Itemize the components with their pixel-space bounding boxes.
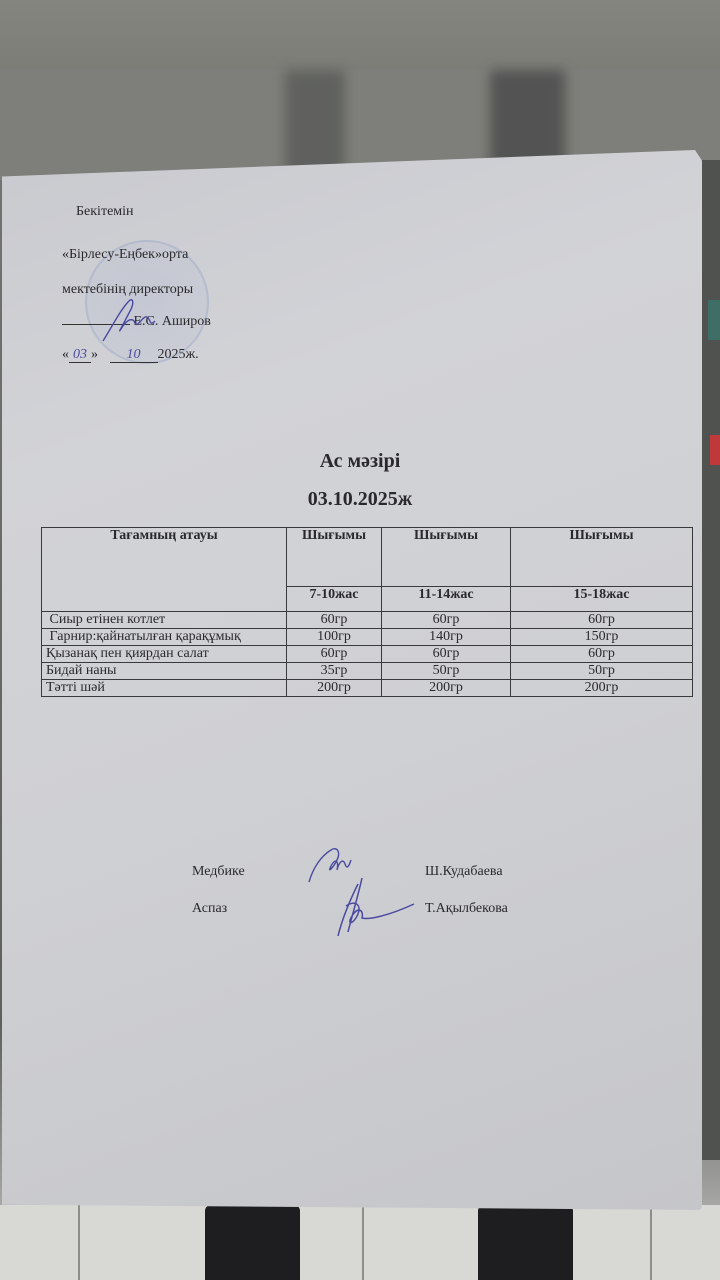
page-title: Ас мәзірі — [0, 450, 720, 473]
portion-value: 200гр — [382, 680, 511, 697]
portion-value: 140гр — [382, 629, 511, 646]
cook-signature-icon — [318, 876, 418, 940]
portion-value: 50гр — [382, 663, 511, 680]
column-header-age: 11-14жас — [382, 587, 511, 612]
portion-value: 60гр — [287, 612, 382, 629]
table-row: Сиыр етінен котлет60гр60гр60гр — [42, 612, 693, 629]
signoff-role-nurse: Медбике — [192, 864, 245, 880]
portion-value: 200гр — [287, 680, 382, 697]
dish-name: Сиыр етінен котлет — [42, 612, 287, 629]
portion-value: 150гр — [511, 629, 693, 646]
signoff-role-cook: Аспаз — [192, 901, 227, 917]
portion-value: 60гр — [287, 646, 382, 663]
portion-value: 60гр — [382, 646, 511, 663]
portion-value: 35гр — [287, 663, 382, 680]
column-header-age: 7-10жас — [287, 587, 382, 612]
portion-value: 50гр — [511, 663, 693, 680]
school-name: «Бірлесу-Еңбек»орта — [62, 248, 188, 262]
dish-name: Қызанақ пен қиярдан салат — [42, 646, 287, 663]
director-signature-icon — [95, 295, 165, 345]
approval-month: 10 — [110, 348, 158, 363]
signoff-name-nurse: Ш.Кудабаева — [425, 864, 503, 880]
portion-value: 60гр — [382, 612, 511, 629]
portion-value: 100гр — [287, 629, 382, 646]
portion-value: 60гр — [511, 612, 693, 629]
portion-value: 200гр — [511, 680, 693, 697]
column-header-portion: Шығымы — [511, 528, 693, 587]
approval-day: 03 — [69, 348, 91, 363]
table-row: Қызанақ пен қиярдан салат60гр60гр60гр — [42, 646, 693, 663]
document: Бекітемін «Бірлесу-Еңбек»орта мектебінің… — [0, 0, 720, 1280]
dish-name: Тәтті шәй — [42, 680, 287, 697]
column-header-dish: Тағамның атауы — [42, 528, 287, 612]
signoff-name-cook: Т.Ақылбекова — [425, 901, 508, 917]
table-row: Тәтті шәй200гр200гр200гр — [42, 680, 693, 697]
quote-close: » — [91, 347, 98, 362]
approval-year: 2025ж. — [158, 347, 199, 362]
dish-name: Гарнир:қайнатылған қарақұмық — [42, 629, 287, 646]
dish-name: Бидай наны — [42, 663, 287, 680]
column-header-portion: Шығымы — [287, 528, 382, 587]
portion-value: 60гр — [511, 646, 693, 663]
menu-table: Тағамның атауы Шығымы Шығымы Шығымы 7-10… — [41, 527, 693, 697]
column-header-age: 15-18жас — [511, 587, 693, 612]
table-row: Гарнир:қайнатылған қарақұмық100гр140гр15… — [42, 629, 693, 646]
approval-title: Бекітемін — [76, 205, 134, 219]
table-row: Бидай наны35гр50гр50гр — [42, 663, 693, 680]
menu-date: 03.10.2025ж — [0, 488, 720, 511]
column-header-portion: Шығымы — [382, 528, 511, 587]
quote-open: « — [62, 347, 69, 362]
